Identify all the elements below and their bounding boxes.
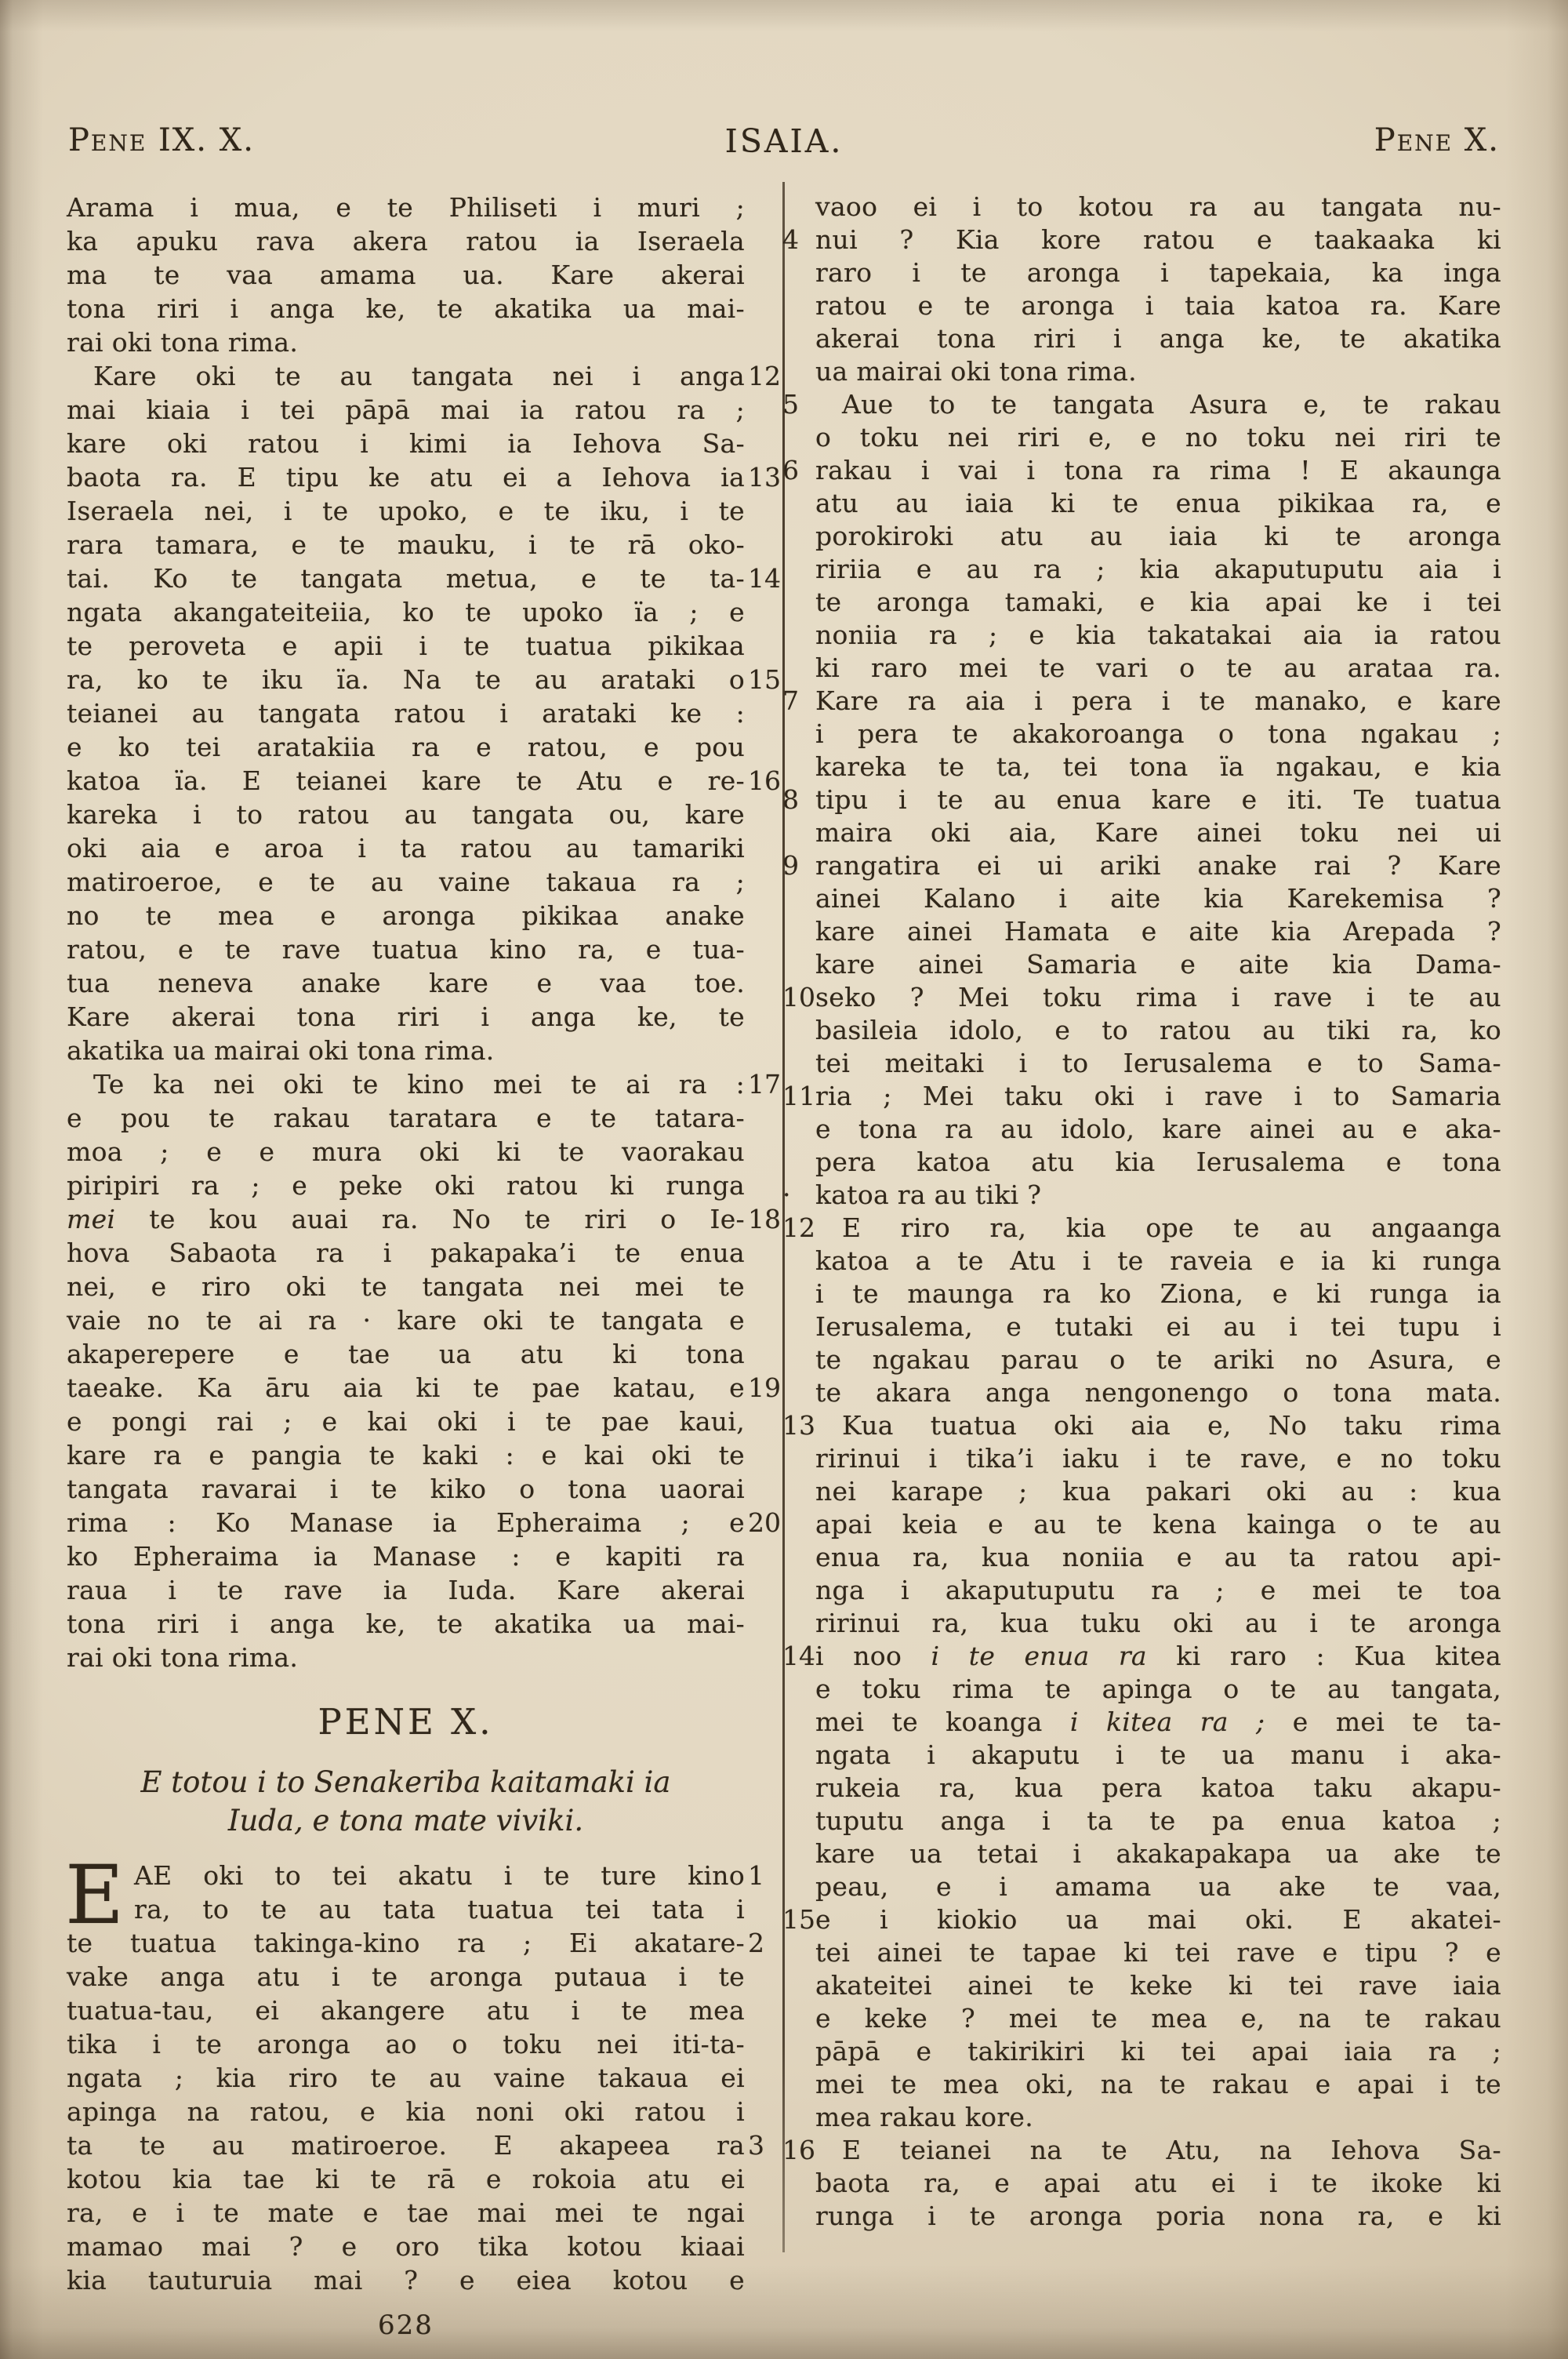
text-line: 1AE oki to tei akatu i te ture kino (67, 1859, 745, 1892)
text-line-content: nei karape ; kua pakari oki au : kua (815, 1476, 1501, 1507)
text-line-content: Aue to te tangata Asura e, te rakau (842, 389, 1501, 420)
text-line-content: tika i te aronga ao o toku nei iti-ta- (67, 2029, 745, 2059)
text-line-content: E teianei na te Atu, na Iehova Sa- (842, 2135, 1501, 2165)
text-line: rai oki tona rima. (67, 1641, 745, 1674)
text-line-content: e toku rima te apinga o te au tangata, (815, 1674, 1501, 1704)
text-line: 18mei te kou auai ra. No te riri o Ie- (67, 1202, 745, 1236)
verse-number: 7 (782, 685, 814, 718)
text-line: moa ; e e mura oki ki te vaorakau (67, 1135, 745, 1169)
text-line-content: oki aia e aroa i ta ratou au tamariki (67, 833, 745, 863)
text-line: akerai tona riri i anga ke, te akatika (815, 322, 1501, 355)
text-line: ki raro mei te vari o te au arataa ra. (815, 652, 1501, 685)
text-line-content: te tuatua takinga-kino ra ; Ei akatare- (67, 1928, 745, 1958)
text-line: te akara anga nengonengo o tona mata. (815, 1376, 1501, 1409)
text-line-content: ngata ; kia riro te au vaine takaua ei (67, 2063, 745, 2093)
text-line: 10seko ? Mei toku rima i rave i te au (815, 981, 1501, 1014)
text-line-content: tua neneva anake kare e vaa toe. (67, 968, 745, 998)
text-line: porokiroki atu au iaia ki te aronga (815, 520, 1501, 553)
text-line: ngata akangateiteiia, ko te upoko ïa ; e (67, 595, 745, 629)
text-line: e keke ? mei te mea e, na te rakau (815, 2002, 1501, 2035)
text-line-content: AE oki to tei akatu i te ture kino (134, 1860, 745, 1891)
text-line: e pou te rakau taratara e te tatara- (67, 1101, 745, 1135)
text-line: rukeia ra, kua pera katoa taku akapu- (815, 1772, 1501, 1805)
text-line-content: ta te au matiroeroe. E akapeea ra (67, 2130, 745, 2161)
text-line-content: Kare ra aia i pera i te manako, e kare (815, 685, 1501, 716)
text-line: Arama i mua, e te Philiseti i muri ; (67, 191, 745, 224)
text-line-content: tei ainei te tapae ki tei rave e tipu ? … (815, 1937, 1501, 1968)
text-line: katoa a te Atu i te raveia e ia ki runga (815, 1245, 1501, 1278)
text-line-content: tuputu anga i ta te pa enua katoa ; (815, 1805, 1501, 1836)
text-line: hova Sabaota ra i pakapaka’i te enua (67, 1236, 745, 1270)
text-line: ua mairai oki tona rima. (815, 355, 1501, 388)
text-line: baota ra, e apai atu ei i te ikoke ki (815, 2167, 1501, 2200)
text-line: Kare akerai tona riri i anga ke, te (67, 1000, 745, 1034)
text-line: peau, e i amama ua ake te vaa, (815, 1870, 1501, 1903)
left-column-text: Arama i mua, e te Philiseti i muri ;ka a… (67, 191, 745, 1674)
text-line: 8tipu i te au enua kare e iti. Te tuatua (815, 783, 1501, 816)
text-line: i te maunga ra ko Ziona, e ki runga ia (815, 1278, 1501, 1310)
text-line-content: ainei Kalano i aite kia Karekemisa ? (815, 883, 1501, 914)
text-line: kareka i to ratou au tangata ou, kare (67, 798, 745, 831)
text-line-content: tuatua-tau, ei akangere atu i te mea (67, 1995, 745, 2026)
text-line-content: Ierusalema, e tutaki ei au i tei tupu i (815, 1311, 1501, 1342)
text-line: mei te mea oki, na te rakau e apai i te (815, 2068, 1501, 2101)
text-line-content: tona riri i anga ke, te akatika ua mai- (67, 293, 745, 324)
text-line: ra, e i te mate e tae mai mei te ngai (67, 2196, 745, 2230)
text-line: 20rima : Ko Manase ia Epheraima ; e (67, 1506, 745, 1539)
text-line-content: moa ; e e mura oki ki te vaorakau (67, 1136, 745, 1167)
text-line: 6rakau i vai i tona ra rima ! E akaunga (815, 454, 1501, 487)
text-line: 13baota ra. E tipu ke atu ei a Iehova ia (67, 460, 745, 494)
text-line-content: tona riri i anga ke, te akatika ua mai- (67, 1608, 745, 1639)
text-line: 4nui ? Kia kore ratou e taakaaka ki (815, 224, 1501, 256)
text-line: i pera te akakoroanga o tona ngakau ; (815, 718, 1501, 751)
text-line-content: kare ra e pangia te kaki : e kai oki te (67, 1440, 745, 1470)
text-line-content: Te ka nei oki te kino mei te ai ra : (93, 1069, 745, 1100)
text-line: ririnui i tika’i iaku i te rave, e no to… (815, 1442, 1501, 1475)
text-line-content: akateitei ainei te keke ki tei rave iaia (815, 1970, 1501, 2001)
text-line-content: noniia ra ; e kia takatakai aia ia ratou (815, 620, 1501, 650)
text-line-content: kare ainei Hamata e aite kia Arepada ? (815, 916, 1501, 947)
text-line-content: basileia idolo, e to ratou au tiki ra, k… (815, 1015, 1501, 1045)
text-line: kare ra e pangia te kaki : e kai oki te (67, 1438, 745, 1472)
text-line-content: nga i akaputuputu ra ; e mei te toa (815, 1575, 1501, 1605)
text-line: ratou, e te rave tuatua kino ra, e tua- (67, 932, 745, 966)
text-line-content: tai. Ko te tangata metua, e te ta- (67, 563, 745, 594)
text-line-content: mei te mea oki, na te rakau e apai i te (815, 2069, 1501, 2099)
text-line-content: akaperepere e tae ua atu ki tona (67, 1339, 745, 1369)
text-line-content: ka apuku rava akera ratou ia Iseraela (67, 226, 745, 256)
text-line-content: runga i te aronga poria nona ra, e ki (815, 2201, 1501, 2231)
verse-number: 1 (748, 1859, 790, 1892)
text-line-content: ra, e i te mate e tae mai mei te ngai (67, 2197, 745, 2228)
right-column: vaoo ei i to kotou ra au tangata nu-4nui… (815, 191, 1501, 2233)
text-line-content: i pera te akakoroanga o tona ngakau ; (815, 718, 1501, 749)
text-line: e tona ra au idolo, kare ainei au e aka- (815, 1113, 1501, 1146)
text-line: 15e i kiokio ua mai oki. E akatei- (815, 1903, 1501, 1936)
text-line: te aronga tamaki, e kia apai ke i tei (815, 586, 1501, 619)
text-line: tuputu anga i ta te pa enua katoa ; (815, 1805, 1501, 1837)
text-line-content: rangatira ei ui ariki anake rai ? Kare (815, 850, 1501, 881)
text-line: ririia e au ra ; kia akaputuputu aia i (815, 553, 1501, 586)
text-line: oki aia e aroa i ta ratou au tamariki (67, 831, 745, 865)
text-line-content: ua mairai oki tona rima. (815, 356, 1137, 387)
text-line-content: katoa ra au tiki ? (815, 1179, 1041, 1210)
text-line: 16katoa ïa. E teianei kare te Atu e re- (67, 764, 745, 798)
text-line-content: maira oki aia, Kare ainei toku nei ui (815, 817, 1501, 848)
text-line: 14i noo i te enua ra ki raro : Kua kitea (815, 1640, 1501, 1673)
verse-number: 10 (782, 981, 814, 1014)
text-line: 9rangatira ei ui ariki anake rai ? Kare (815, 849, 1501, 882)
text-line: raro i te aronga i tapekaia, ka inga (815, 256, 1501, 289)
text-line: tika i te aronga ao o toku nei iti-ta- (67, 2027, 745, 2061)
text-line-content: rukeia ra, kua pera katoa taku akapu- (815, 1772, 1501, 1803)
text-line: pera katoa atu kia Ierusalema e tona (815, 1146, 1501, 1179)
text-line: ma te vaa amama ua. Kare akerai (67, 258, 745, 292)
text-line: rai oki tona rima. (67, 325, 745, 359)
verse-number: · (782, 1179, 814, 1212)
text-line: nei karape ; kua pakari oki au : kua (815, 1475, 1501, 1508)
text-line-content: kotou kia tae ki te rā e rokoia atu ei (67, 2164, 745, 2194)
text-line-content: e pongi rai ; e kai oki i te pae kaui, (67, 1406, 745, 1437)
text-line-content: ririnui i tika’i iaku i te rave, e no to… (815, 1443, 1501, 1474)
text-line-content: akatika ua mairai oki tona rima. (67, 1035, 495, 1066)
text-line: 12Kare oki te au tangata nei i anga (67, 359, 745, 393)
text-line-content: vaie no te ai ra · kare oki te tangata e (67, 1305, 745, 1336)
verse-number: 8 (782, 783, 814, 816)
chapter-opening: E 1AE oki to tei akatu i te ture kinora,… (67, 1859, 745, 2297)
text-line-content: piripiri ra ; e peke oki ratou ki runga (67, 1170, 745, 1201)
text-line: mai kiaia i tei pāpā mai ia ratou ra ; (67, 393, 745, 427)
running-header-title: ISAIA. (725, 122, 844, 160)
verse-number: 13 (782, 1409, 814, 1442)
text-line-content: rara tamara, e te mauku, i te rā oko- (67, 529, 745, 560)
text-line: nei, e riro oki te tangata nei mei te (67, 1270, 745, 1303)
text-line-content: rima : Ko Manase ia Epheraima ; e (67, 1507, 745, 1538)
text-line: kotou kia tae ki te rā e rokoia atu ei (67, 2162, 745, 2196)
text-line: ririnui ra, kua tuku oki au i te aronga (815, 1607, 1501, 1640)
chapter-title: PENE X. (67, 1701, 745, 1743)
text-line-content: kia tauturuia mai ? e eiea kotou e (67, 2265, 745, 2295)
text-line-content: porokiroki atu au iaia ki te aronga (815, 521, 1501, 551)
text-line: o toku nei riri e, e no toku nei riri te (815, 421, 1501, 454)
text-line-content: kare ainei Samaria e aite kia Dama- (815, 949, 1501, 980)
text-line: tei ainei te tapae ki tei rave e tipu ? … (815, 1936, 1501, 1969)
text-line-content: te ngakau parau o te ariki no Asura, e (815, 1344, 1501, 1375)
text-line: ngata i akaputu i te ua manu i aka- (815, 1739, 1501, 1772)
text-line: 14tai. Ko te tangata metua, e te ta- (67, 562, 745, 595)
text-line: vaoo ei i to kotou ra au tangata nu- (815, 191, 1501, 224)
verse-number: 5 (782, 388, 814, 421)
chapter-subtitle-line2: Iuda, e tona mate viviki. (67, 1801, 745, 1840)
verse-number: 14 (748, 562, 790, 595)
text-line: 19taeake. Ka āru aia ki te pae katau, e (67, 1371, 745, 1405)
text-line-content: kare ua tetai i akakapakapa ua ake te (815, 1838, 1501, 1869)
text-line-content: te peroveta e apii i te tuatua pikikaa (67, 631, 745, 661)
text-line-content: i te maunga ra ko Ziona, e ki runga ia (815, 1278, 1501, 1309)
text-line: e toku rima te apinga o te au tangata, (815, 1673, 1501, 1706)
text-line: kare ainei Hamata e aite kia Arepada ? (815, 915, 1501, 948)
text-line-content: vake anga atu i te aronga putaua i te (67, 1961, 745, 1992)
text-line-content: pāpā e takirikiri ki tei apai iaia ra ; (815, 2036, 1501, 2066)
text-line-content: katoa a te Atu i te raveia e ia ki runga (815, 1245, 1501, 1276)
text-line: apai keia e au te kena kainga o te au (815, 1508, 1501, 1541)
text-line-content: o toku nei riri e, e no toku nei riri te (815, 422, 1501, 453)
text-line: enua ra, kua noniia e au ta ratou api- (815, 1541, 1501, 1574)
text-line: ngata ; kia riro te au vaine takaua ei (67, 2061, 745, 2095)
verse-number: 19 (748, 1371, 790, 1405)
text-line-content: e ko tei aratakiia ra e ratou, e pou (67, 732, 745, 762)
verse-number: 6 (782, 454, 814, 487)
text-line: akaperepere e tae ua atu ki tona (67, 1337, 745, 1371)
text-line: nga i akaputuputu ra ; e mei te toa (815, 1574, 1501, 1607)
text-line: tona riri i anga ke, te akatika ua mai- (67, 292, 745, 325)
text-line-content: apai keia e au te kena kainga o te au (815, 1509, 1501, 1539)
text-line: 13Kua tuatua oki aia e, No taku rima (815, 1409, 1501, 1442)
text-line-content: ririnui ra, kua tuku oki au i te aronga (815, 1608, 1501, 1638)
text-line-content: te aronga tamaki, e kia apai ke i tei (815, 587, 1501, 617)
text-line-content: enua ra, kua noniia e au ta ratou api- (815, 1542, 1501, 1572)
text-line: ko Epheraima ia Manase : e kapiti ra (67, 1539, 745, 1573)
text-line-content: E riro ra, kia ope te au angaanga (842, 1212, 1501, 1243)
text-line-content: ratou e te aronga i taia katoa ra. Kare (815, 290, 1501, 321)
verse-number: 14 (782, 1640, 814, 1673)
text-line-content: Iseraela nei, i te upoko, e te iku, i te (67, 496, 745, 526)
text-line-content: baota ra, e apai atu ei i te ikoke ki (815, 2168, 1501, 2198)
text-line: 5Aue to te tangata Asura e, te rakau (815, 388, 1501, 421)
text-line-content: rai oki tona rima. (67, 1642, 298, 1673)
left-column: Arama i mua, e te Philiseti i muri ;ka a… (67, 191, 745, 2341)
verse-number: 9 (782, 849, 814, 882)
text-line: mamao mai ? e oro tika kotou kiaai (67, 2230, 745, 2263)
text-line: Iseraela nei, i te upoko, e te iku, i te (67, 494, 745, 528)
text-line-content: matiroeroe, e te au vaine takaua ra ; (67, 867, 745, 897)
running-header-left: Pene IX. X. (68, 122, 255, 158)
text-line: pāpā e takirikiri ki tei apai iaia ra ; (815, 2035, 1501, 2068)
text-line-content: e pou te rakau taratara e te tatara- (67, 1103, 745, 1133)
text-line-content: ria ; Mei taku oki i rave i to Samaria (815, 1081, 1501, 1111)
text-line-content: mamao mai ? e oro tika kotou kiaai (67, 2231, 745, 2262)
text-line: mei te koanga i kitea ra ; e mei te ta- (815, 1706, 1501, 1739)
text-line: apinga na ratou, e kia noni oki ratou i (67, 2095, 745, 2128)
text-line: 17Te ka nei oki te kino mei te ai ra : (67, 1067, 745, 1101)
text-line: tuatua-tau, ei akangere atu i te mea (67, 1994, 745, 2027)
text-line-content: raro i te aronga i tapekaia, ka inga (815, 257, 1501, 288)
text-line: raua i te rave ia Iuda. Kare akerai (67, 1573, 745, 1607)
text-line: noniia ra ; e kia takatakai aia ia ratou (815, 619, 1501, 652)
text-line-content: ratou, e te rave tuatua kino ra, e tua- (67, 934, 745, 965)
text-line-content: mea rakau kore. (815, 2102, 1033, 2132)
text-line: tona riri i anga ke, te akatika ua mai- (67, 1607, 745, 1641)
text-line-content: kare oki ratou i kimi ia Iehova Sa- (67, 428, 745, 459)
text-line: no te mea e aronga pikikaa anake (67, 899, 745, 932)
text-line-content: seko ? Mei toku rima i rave i te au (815, 982, 1501, 1012)
text-line: e ko tei aratakiia ra e ratou, e pou (67, 730, 745, 764)
text-line-content: no te mea e aronga pikikaa anake (67, 900, 745, 931)
text-line-content: atu au iaia ki te enua pikikaa ra, e (815, 488, 1501, 518)
text-line: basileia idolo, e to ratou au tiki ra, k… (815, 1014, 1501, 1047)
verse-number: 12 (782, 1212, 814, 1245)
verse-number: 11 (782, 1080, 814, 1113)
book-page: Pene IX. X. ISAIA. Pene X. Arama i mua, … (0, 0, 1568, 2359)
text-line: ratou e te aronga i taia katoa ra. Kare (815, 289, 1501, 322)
text-line: ainei Kalano i aite kia Karekemisa ? (815, 882, 1501, 915)
text-line: 15ra, ko te iku ïa. Na te au arataki o (67, 663, 745, 696)
text-line-content: nei, e riro oki te tangata nei mei te (67, 1271, 745, 1302)
text-line-content: tei meitaki i to Ierusalema e to Sama- (815, 1048, 1501, 1078)
text-line-content: ririia e au ra ; kia akaputuputu aia i (815, 554, 1501, 584)
text-line-content: i noo i te enua ra ki raro : Kua kitea (815, 1641, 1501, 1671)
text-line-content: ki raro mei te vari o te au arataa ra. (815, 652, 1501, 683)
text-line: 3ta te au matiroeroe. E akapeea ra (67, 2128, 745, 2162)
text-line: e pongi rai ; e kai oki i te pae kaui, (67, 1405, 745, 1438)
text-line: ka apuku rava akera ratou ia Iseraela (67, 224, 745, 258)
text-line-content: ngata i akaputu i te ua manu i aka- (815, 1739, 1501, 1770)
text-line: akateitei ainei te keke ki tei rave iaia (815, 1969, 1501, 2002)
verse-number: 20 (748, 1506, 790, 1539)
left-column-continued-text: 1AE oki to tei akatu i te ture kinora, t… (67, 1859, 745, 2297)
text-line: tua neneva anake kare e vaa toe. (67, 966, 745, 1000)
text-line: 16E teianei na te Atu, na Iehova Sa- (815, 2134, 1501, 2167)
text-line: teianei au tangata ratou i arataki ke : (67, 696, 745, 730)
text-line-content: taeake. Ka āru aia ki te pae katau, e (67, 1372, 745, 1403)
text-line: 12E riro ra, kia ope te au angaanga (815, 1212, 1501, 1245)
text-line: rara tamara, e te mauku, i te rā oko- (67, 528, 745, 562)
text-line-content: ma te vaa amama ua. Kare akerai (67, 260, 745, 290)
text-line: kare ua tetai i akakapakapa ua ake te (815, 1837, 1501, 1870)
text-line-content: baota ra. E tipu ke atu ei a Iehova ia (67, 462, 745, 493)
text-line-content: teianei au tangata ratou i arataki ke : (67, 698, 745, 729)
text-line: kare oki ratou i kimi ia Iehova Sa- (67, 427, 745, 460)
text-line: akatika ua mairai oki tona rima. (67, 1034, 745, 1067)
text-line: matiroeroe, e te au vaine takaua ra ; (67, 865, 745, 899)
text-line-content: rai oki tona rima. (67, 327, 298, 358)
verse-number: 4 (782, 224, 814, 256)
chapter-heading-block: PENE X. E totou i to Senakeriba kaitamak… (67, 1701, 745, 1840)
text-line-content: Arama i mua, e te Philiseti i muri ; (67, 192, 745, 223)
text-line: piripiri ra ; e peke oki ratou ki runga (67, 1169, 745, 1202)
running-header-right: Pene X. (1374, 122, 1500, 158)
text-line: mea rakau kore. (815, 2101, 1501, 2134)
text-line-content: e tona ra au idolo, kare ainei au e aka- (815, 1114, 1501, 1144)
text-line: 2te tuatua takinga-kino ra ; Ei akatare- (67, 1926, 745, 1960)
text-line: kareka te ta, tei tona ïa ngakau, e kia (815, 751, 1501, 783)
text-line-content: mei te kou auai ra. No te riri o Ie- (67, 1204, 745, 1234)
text-line: 7Kare ra aia i pera i te manako, e kare (815, 685, 1501, 718)
text-line: tei meitaki i to Ierusalema e to Sama- (815, 1047, 1501, 1080)
text-line: tangata ravarai i te kiko o tona uaorai (67, 1472, 745, 1506)
verse-number: 16 (782, 2134, 814, 2167)
text-line-content: peau, e i amama ua ake te vaa, (815, 1871, 1501, 1902)
text-line: ra, to te au tata tuatua tei tata i (67, 1892, 745, 1926)
text-line: maira oki aia, Kare ainei toku nei ui (815, 816, 1501, 849)
text-line-content: tipu i te au enua kare e iti. Te tuatua (815, 784, 1501, 815)
text-line: te ngakau parau o te ariki no Asura, e (815, 1343, 1501, 1376)
text-line: te peroveta e apii i te tuatua pikikaa (67, 629, 745, 663)
text-line-content: raua i te rave ia Iuda. Kare akerai (67, 1575, 745, 1605)
text-line-content: ra, to te au tata tuatua tei tata i (134, 1894, 745, 1925)
text-line: ·katoa ra au tiki ? (815, 1179, 1501, 1212)
text-line-content: ko Epheraima ia Manase : e kapiti ra (67, 1541, 745, 1572)
text-line-content: te akara anga nengonengo o tona mata. (815, 1377, 1501, 1408)
text-line: vaie no te ai ra · kare oki te tangata e (67, 1303, 745, 1337)
text-line-content: katoa ïa. E teianei kare te Atu e re- (67, 765, 745, 796)
text-line-content: e i kiokio ua mai oki. E akatei- (815, 1904, 1501, 1935)
text-line-content: rakau i vai i tona ra rima ! E akaunga (815, 455, 1501, 485)
text-line-content: mei te koanga i kitea ra ; e mei te ta- (815, 1707, 1501, 1737)
text-line-content: mai kiaia i tei pāpā mai ia ratou ra ; (67, 394, 745, 425)
text-line: atu au iaia ki te enua pikikaa ra, e (815, 487, 1501, 520)
text-line-content: vaoo ei i to kotou ra au tangata nu- (815, 191, 1501, 222)
text-line: 11ria ; Mei taku oki i rave i to Samaria (815, 1080, 1501, 1113)
text-line-content: hova Sabaota ra i pakapaka’i te enua (67, 1238, 745, 1268)
right-column-text: vaoo ei i to kotou ra au tangata nu-4nui… (815, 191, 1501, 2233)
running-header: Pene IX. X. ISAIA. Pene X. (67, 122, 1501, 166)
text-line-content: pera katoa atu kia Ierusalema e tona (815, 1147, 1501, 1177)
text-line-content: Kare oki te au tangata nei i anga (93, 361, 745, 391)
text-line-content: kareka te ta, tei tona ïa ngakau, e kia (815, 751, 1501, 782)
text-line: kia tauturuia mai ? e eiea kotou e (67, 2263, 745, 2297)
text-line-content: tangata ravarai i te kiko o tona uaorai (67, 1474, 745, 1504)
text-line-content: Kare akerai tona riri i anga ke, te (67, 1001, 745, 1032)
text-line-content: kareka i to ratou au tangata ou, kare (67, 799, 745, 830)
text-line-content: akerai tona riri i anga ke, te akatika (815, 323, 1501, 354)
text-line-content: ngata akangateiteiia, ko te upoko ïa ; e (67, 597, 745, 627)
text-line: kare ainei Samaria e aite kia Dama- (815, 948, 1501, 981)
text-line: runga i te aronga poria nona ra, e ki (815, 2200, 1501, 2233)
text-line-content: nui ? Kia kore ratou e taakaaka ki (815, 224, 1501, 255)
chapter-subtitle-line1: E totou i to Senakeriba kaitamaki ia (67, 1763, 745, 1801)
text-line-content: Kua tuatua oki aia e, No taku rima (842, 1410, 1501, 1441)
verse-number: 15 (782, 1903, 814, 1936)
text-line: vake anga atu i te aronga putaua i te (67, 1960, 745, 1994)
page-number: 628 (67, 2310, 745, 2341)
text-line-content: e keke ? mei te mea e, na te rakau (815, 2003, 1501, 2034)
text-line-content: apinga na ratou, e kia noni oki ratou i (67, 2096, 745, 2127)
text-line-content: ra, ko te iku ïa. Na te au arataki o (67, 664, 745, 695)
text-line: Ierusalema, e tutaki ei au i tei tupu i (815, 1310, 1501, 1343)
